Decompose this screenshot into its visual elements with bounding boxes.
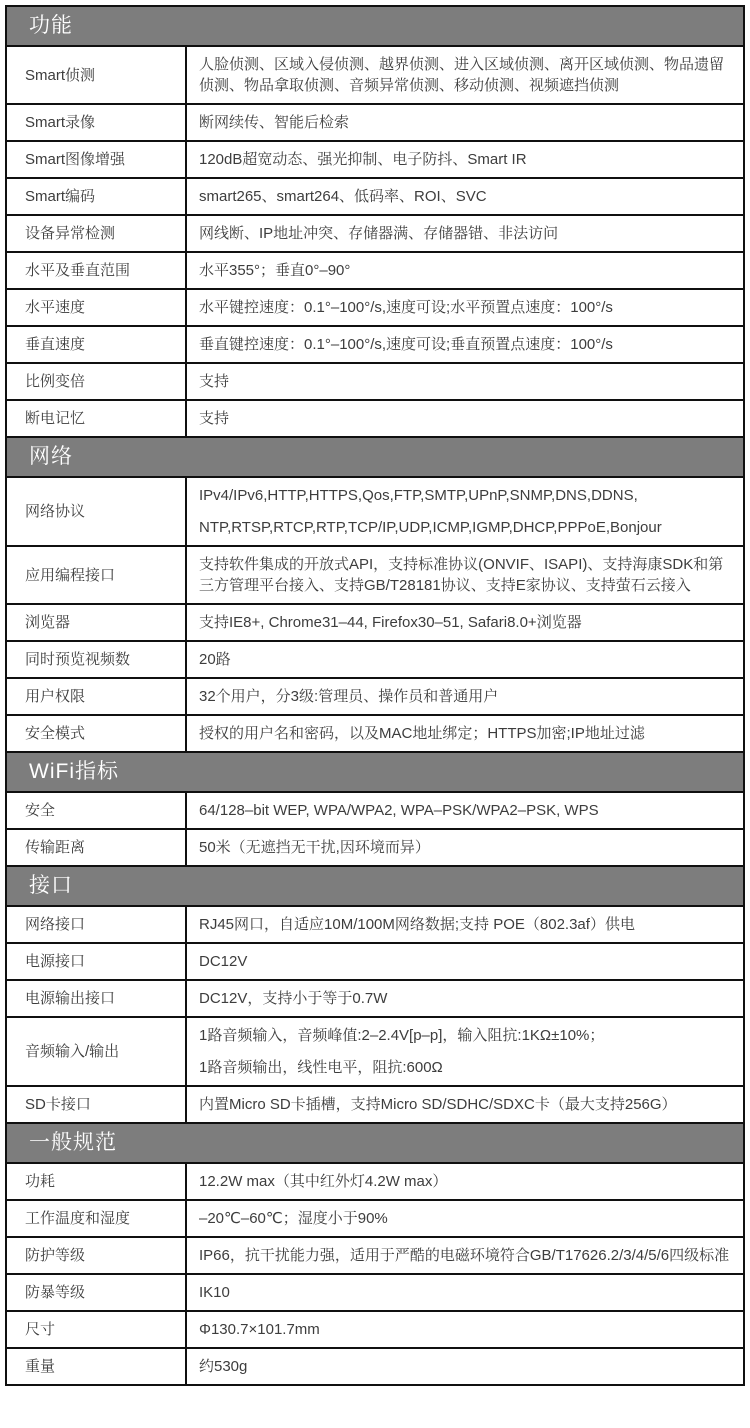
spec-value: Φ130.7×101.7mm [187, 1312, 743, 1347]
spec-value: 约530g [187, 1349, 743, 1384]
spec-label: 断电记忆 [7, 401, 187, 436]
spec-value: 支持 [187, 364, 743, 399]
spec-label: Smart侦测 [7, 47, 187, 103]
spec-label: 尺寸 [7, 1312, 187, 1347]
spec-value: 50米（无遮挡无干扰,因环境而异） [187, 830, 743, 865]
spec-label: 网络接口 [7, 907, 187, 942]
spec-value: 垂直键控速度：0.1°–100°/s,速度可设;垂直预置点速度：100°/s [187, 327, 743, 362]
table-row: Smart编码 smart265、smart264、低码率、ROI、SVC [7, 179, 743, 216]
section-header: WiFi指标 [7, 753, 743, 793]
spec-section: WiFi指标 安全 64/128–bit WEP, WPA/WPA2, WPA–… [7, 753, 743, 867]
spec-label: 重量 [7, 1349, 187, 1384]
section-header: 功能 [7, 7, 743, 47]
table-row: 浏览器 支持IE8+, Chrome31–44, Firefox30–51, S… [7, 605, 743, 642]
spec-label: 电源输出接口 [7, 981, 187, 1016]
section-rows: 网络协议 IPv4/IPv6,HTTP,HTTPS,Qos,FTP,SMTP,U… [7, 478, 743, 753]
spec-value: 支持软件集成的开放式API，支持标准协议(ONVIF、ISAPI)、支持海康SD… [187, 547, 743, 603]
spec-value: IP66，抗干扰能力强，适用于严酷的电磁环境符合GB/T17626.2/3/4/… [187, 1238, 743, 1273]
table-row: 同时预览视频数 20路 [7, 642, 743, 679]
spec-value: RJ45网口，自适应10M/100M网络数据;支持 POE（802.3af）供电 [187, 907, 743, 942]
spec-value: IPv4/IPv6,HTTP,HTTPS,Qos,FTP,SMTP,UPnP,S… [187, 478, 743, 545]
table-row: 应用编程接口 支持软件集成的开放式API，支持标准协议(ONVIF、ISAPI)… [7, 547, 743, 605]
spec-label: 设备异常检测 [7, 216, 187, 251]
spec-label: 工作温度和湿度 [7, 1201, 187, 1236]
spec-label: 安全 [7, 793, 187, 828]
spec-value: 内置Micro SD卡插槽，支持Micro SD/SDHC/SDXC卡（最大支持… [187, 1087, 743, 1122]
table-row: 功耗 12.2W max（其中红外灯4.2W max） [7, 1164, 743, 1201]
table-row: 尺寸 Φ130.7×101.7mm [7, 1312, 743, 1349]
spec-value: 人脸侦测、区域入侵侦测、越界侦测、进入区域侦测、离开区域侦测、物品遗留侦测、物品… [187, 47, 743, 103]
spec-value: DC12V，支持小于等于0.7W [187, 981, 743, 1016]
table-row: 设备异常检测 网线断、IP地址冲突、存储器满、存储器错、非法访问 [7, 216, 743, 253]
section-title: 接口 [29, 874, 73, 897]
spec-value: 断网续传、智能后检索 [187, 105, 743, 140]
spec-label: 浏览器 [7, 605, 187, 640]
spec-label: 网络协议 [7, 478, 187, 545]
page: 功能 Smart侦测 人脸侦测、区域入侵侦测、越界侦测、进入区域侦测、离开区域侦… [0, 0, 750, 1428]
spec-label: 防暴等级 [7, 1275, 187, 1310]
spec-label: 垂直速度 [7, 327, 187, 362]
table-row: 比例变倍 支持 [7, 364, 743, 401]
spec-value: 12.2W max（其中红外灯4.2W max） [187, 1164, 743, 1199]
spec-section: 功能 Smart侦测 人脸侦测、区域入侵侦测、越界侦测、进入区域侦测、离开区域侦… [7, 7, 743, 438]
spec-value-line: NTP,RTSP,RTCP,RTP,TCP/IP,UDP,ICMP,IGMP,D… [199, 517, 735, 538]
table-row: 断电记忆 支持 [7, 401, 743, 438]
spec-value: 支持IE8+, Chrome31–44, Firefox30–51, Safar… [187, 605, 743, 640]
spec-value: 32个用户，分3级:管理员、操作员和普通用户 [187, 679, 743, 714]
table-row: 安全 64/128–bit WEP, WPA/WPA2, WPA–PSK/WPA… [7, 793, 743, 830]
spec-value-line: 1路音频输入，音频峰值:2–2.4V[p–p]，输入阻抗:1KΩ±10%； [199, 1025, 735, 1046]
section-title: 功能 [29, 14, 73, 37]
section-title: 网络 [29, 445, 73, 468]
spec-section: 网络 网络协议 IPv4/IPv6,HTTP,HTTPS,Qos,FTP,SMT… [7, 438, 743, 753]
spec-label: 防护等级 [7, 1238, 187, 1273]
table-row: 安全模式 授权的用户名和密码，以及MAC地址绑定；HTTPS加密;IP地址过滤 [7, 716, 743, 753]
table-row: 电源接口 DC12V [7, 944, 743, 981]
spec-section: 接口 网络接口 RJ45网口，自适应10M/100M网络数据;支持 POE（80… [7, 867, 743, 1124]
table-row: Smart录像 断网续传、智能后检索 [7, 105, 743, 142]
table-row: 电源输出接口 DC12V，支持小于等于0.7W [7, 981, 743, 1018]
table-row: Smart图像增强 120dB超宽动态、强光抑制、电子防抖、Smart IR [7, 142, 743, 179]
spec-label: 水平及垂直范围 [7, 253, 187, 288]
spec-table: 功能 Smart侦测 人脸侦测、区域入侵侦测、越界侦测、进入区域侦测、离开区域侦… [5, 5, 745, 1386]
table-row: 网络协议 IPv4/IPv6,HTTP,HTTPS,Qos,FTP,SMTP,U… [7, 478, 743, 547]
spec-value: IK10 [187, 1275, 743, 1310]
spec-value: 20路 [187, 642, 743, 677]
spec-value: 网线断、IP地址冲突、存储器满、存储器错、非法访问 [187, 216, 743, 251]
spec-label: 安全模式 [7, 716, 187, 751]
spec-value: 水平键控速度：0.1°–100°/s,速度可设;水平预置点速度：100°/s [187, 290, 743, 325]
section-header: 网络 [7, 438, 743, 478]
spec-value: 水平355°；垂直0°–90° [187, 253, 743, 288]
spec-value: smart265、smart264、低码率、ROI、SVC [187, 179, 743, 214]
spec-value-line: IPv4/IPv6,HTTP,HTTPS,Qos,FTP,SMTP,UPnP,S… [199, 485, 735, 506]
table-row: 防暴等级 IK10 [7, 1275, 743, 1312]
section-rows: 安全 64/128–bit WEP, WPA/WPA2, WPA–PSK/WPA… [7, 793, 743, 867]
section-title: 一般规范 [29, 1131, 117, 1154]
table-row: 水平及垂直范围 水平355°；垂直0°–90° [7, 253, 743, 290]
table-row: 重量 约530g [7, 1349, 743, 1384]
spec-value-line: 1路音频输出，线性电平，阻抗:600Ω [199, 1057, 735, 1078]
spec-value: 64/128–bit WEP, WPA/WPA2, WPA–PSK/WPA2–P… [187, 793, 743, 828]
table-row: 防护等级 IP66，抗干扰能力强，适用于严酷的电磁环境符合GB/T17626.2… [7, 1238, 743, 1275]
spec-label: Smart编码 [7, 179, 187, 214]
spec-label: 用户权限 [7, 679, 187, 714]
table-row: 传输距离 50米（无遮挡无干扰,因环境而异） [7, 830, 743, 867]
spec-label: Smart图像增强 [7, 142, 187, 177]
table-row: SD卡接口 内置Micro SD卡插槽，支持Micro SD/SDHC/SDXC… [7, 1087, 743, 1124]
table-row: 音频输入/输出 1路音频输入，音频峰值:2–2.4V[p–p]，输入阻抗:1KΩ… [7, 1018, 743, 1087]
section-header: 一般规范 [7, 1124, 743, 1164]
spec-label: 功耗 [7, 1164, 187, 1199]
table-row: 网络接口 RJ45网口，自适应10M/100M网络数据;支持 POE（802.3… [7, 907, 743, 944]
spec-value: DC12V [187, 944, 743, 979]
spec-label: 水平速度 [7, 290, 187, 325]
table-row: Smart侦测 人脸侦测、区域入侵侦测、越界侦测、进入区域侦测、离开区域侦测、物… [7, 47, 743, 105]
spec-value: 120dB超宽动态、强光抑制、电子防抖、Smart IR [187, 142, 743, 177]
spec-value: 1路音频输入，音频峰值:2–2.4V[p–p]，输入阻抗:1KΩ±10%；1路音… [187, 1018, 743, 1085]
table-row: 用户权限 32个用户，分3级:管理员、操作员和普通用户 [7, 679, 743, 716]
spec-label: 比例变倍 [7, 364, 187, 399]
spec-section: 一般规范 功耗 12.2W max（其中红外灯4.2W max） 工作温度和湿度… [7, 1124, 743, 1384]
table-row: 工作温度和湿度 –20℃–60℃；湿度小于90% [7, 1201, 743, 1238]
spec-label: 音频输入/输出 [7, 1018, 187, 1085]
spec-label: 传输距离 [7, 830, 187, 865]
spec-value: 支持 [187, 401, 743, 436]
spec-label: 应用编程接口 [7, 547, 187, 603]
table-row: 水平速度 水平键控速度：0.1°–100°/s,速度可设;水平预置点速度：100… [7, 290, 743, 327]
spec-label: 同时预览视频数 [7, 642, 187, 677]
spec-label: Smart录像 [7, 105, 187, 140]
spec-label: 电源接口 [7, 944, 187, 979]
section-title: WiFi指标 [29, 760, 119, 783]
spec-value: 授权的用户名和密码，以及MAC地址绑定；HTTPS加密;IP地址过滤 [187, 716, 743, 751]
section-rows: 功耗 12.2W max（其中红外灯4.2W max） 工作温度和湿度 –20℃… [7, 1164, 743, 1384]
spec-label: SD卡接口 [7, 1087, 187, 1122]
section-header: 接口 [7, 867, 743, 907]
section-rows: 网络接口 RJ45网口，自适应10M/100M网络数据;支持 POE（802.3… [7, 907, 743, 1124]
section-rows: Smart侦测 人脸侦测、区域入侵侦测、越界侦测、进入区域侦测、离开区域侦测、物… [7, 47, 743, 438]
spec-value: –20℃–60℃；湿度小于90% [187, 1201, 743, 1236]
table-row: 垂直速度 垂直键控速度：0.1°–100°/s,速度可设;垂直预置点速度：100… [7, 327, 743, 364]
